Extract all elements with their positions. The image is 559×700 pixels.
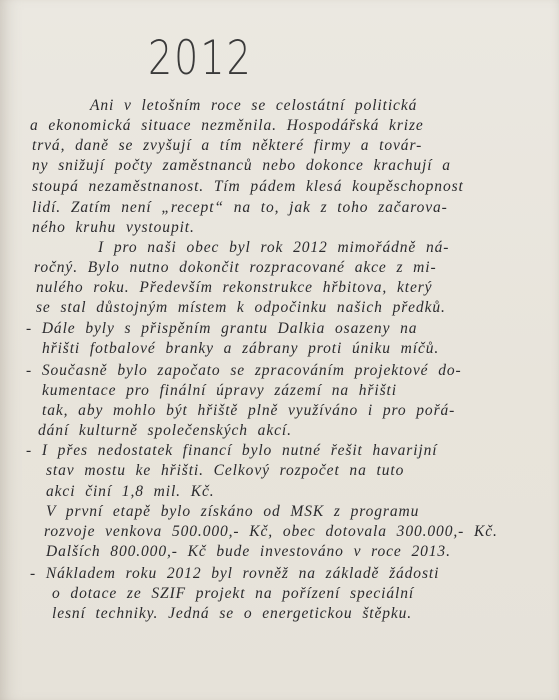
text-line: lesní techniky. Jedná se o energetickou … xyxy=(52,605,412,623)
text-line: ny snižují počty zaměstnanců nebo dokonc… xyxy=(32,157,451,175)
text-line: - Současně bylo započato se zpracováním … xyxy=(26,362,462,380)
text-line: trvá, daně se zvyšují a tím některé firm… xyxy=(32,137,422,155)
text-line: V první etapě bylo získáno od MSK z prog… xyxy=(46,503,419,521)
text-line: ročný. Bylo nutno dokončit rozpracované … xyxy=(34,259,437,277)
text-line: akci činí 1,8 mil. Kč. xyxy=(46,483,215,501)
text-line: kumentace pro finální úpravy zázemí na h… xyxy=(42,382,397,400)
text-line: se stal důstojným místem k odpočinku naš… xyxy=(36,299,446,317)
text-line: rozvoje venkova 500.000,- Kč, obec dotov… xyxy=(44,523,498,541)
text-line: - I přes nedostatek financí bylo nutné ř… xyxy=(26,442,437,460)
text-line: dání kulturně společenských akcí. xyxy=(38,422,292,440)
text-line: ného kruhu vystoupit. xyxy=(32,219,195,237)
text-line: o dotace ze SZIF projekt na pořízení spe… xyxy=(52,585,414,603)
text-line: Dalších 800.000,- Kč bude investováno v … xyxy=(46,543,451,561)
text-line: I pro naši obec byl rok 2012 mimořádně n… xyxy=(98,239,449,257)
text-line: nulého roku. Především rekonstrukce hřbi… xyxy=(36,279,432,297)
text-line: stoupá nezaměstnanost. Tím pádem klesá k… xyxy=(32,178,464,196)
text-line: Ani v letošním roce se celostátní politi… xyxy=(90,97,417,115)
text-line: hřišti fotbalové branky a zábrany proti … xyxy=(42,340,439,358)
text-line: - Nákladem roku 2012 byl rovněž na zákla… xyxy=(30,565,439,583)
chronicle-page: 2012 Ani v letošním roce se celostátní p… xyxy=(0,0,559,700)
text-line: - Dále byly s přispěním grantu Dalkia os… xyxy=(26,320,417,338)
text-line: tak, aby mohlo být hřiště plně využíváno… xyxy=(42,402,455,420)
text-line: lidí. Zatím není „recept“ na to, jak z t… xyxy=(32,199,448,217)
text-line: a ekonomická situace nezměnila. Hospodář… xyxy=(30,117,424,135)
chronicle-text: Ani v letošním roce se celostátní politi… xyxy=(0,0,559,700)
text-line: stav mostu ke hřišti. Celkový rozpočet n… xyxy=(46,462,404,480)
